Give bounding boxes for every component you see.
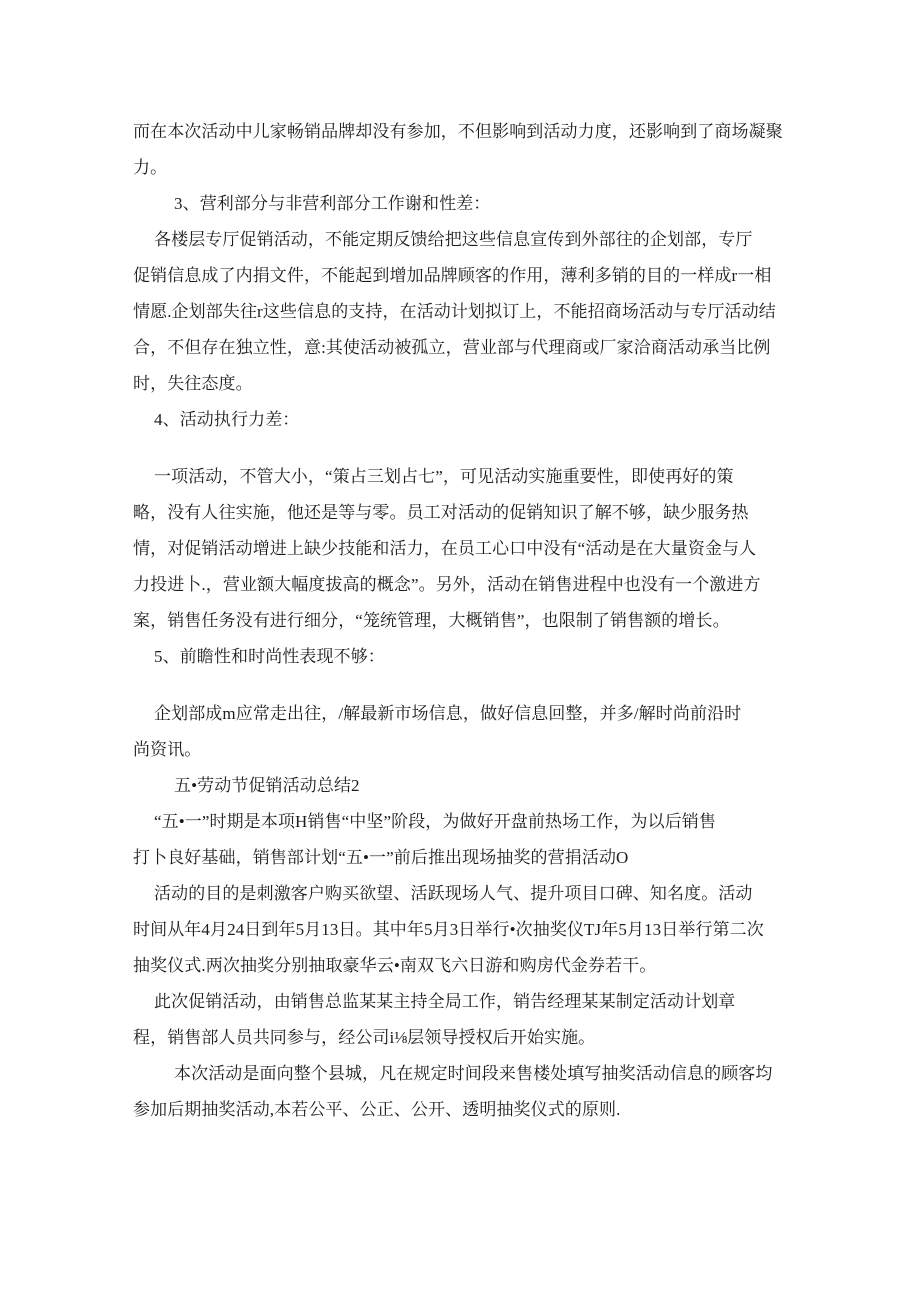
para-execution: 一项活动，不管大小，“策占三划占七”，可见活动实施重要性，即使再好的策略，没有人… (133, 459, 853, 639)
para-organizers: 此次促销活动，由销售总监某某主持全局工作，销告经理某某制定活动计划章程，销售部人… (133, 984, 853, 1056)
text-line: 合，不但存在独立性，意:其使活动被孤立，营业部与代理商或厂家洽商活动承当比例 (133, 330, 853, 366)
para-continuation: 而在本次活动中儿家畅销品牌却没有参加，不但影响到活动力度，还影响到了商场凝聚力。 (133, 114, 853, 186)
para-scope: 本次活动是面向整个县城，凡在规定时间段来售楼处填写抽奖活动信息的顾客均参加后期抽… (133, 1056, 853, 1128)
text-line: 3、营利部分与非营利部分工作谢和性差： (133, 186, 853, 222)
text-line: 案，销售任务没有进行细分，“笼统管理，大概销售”，也限制了销售额的增长。 (133, 603, 853, 639)
text-line: 情，对促销活动增进上缺少技能和活力，在员工心口中没有“活动是在大量资金与人 (133, 531, 853, 567)
text-line: 时间从年4月24日到年5月13日。其中年5月3日举行•次抽奖仪TJ年5月13日举… (133, 912, 853, 948)
heading-item-3: 3、营利部分与非营利部分工作谢和性差： (133, 186, 853, 222)
text-line: 本次活动是面向整个县城，凡在规定时间段来售楼处填写抽奖活动信息的顾客均 (133, 1056, 853, 1092)
text-line: 此次促销活动，由销售总监某某主持全局工作，销告经理某某制定活动计划章 (133, 984, 853, 1020)
text-line: 时，失往态度。 (133, 366, 853, 402)
text-line: 打卜良好基础，销售部计划“五•一”前后推出现场抽奖的营捐活动O (133, 840, 853, 876)
heading-item-5: 5、前瞻性和时尚性表现不够： (133, 639, 853, 675)
text-line: 程，销售部人员共同参与，经公司i⅛层领导授权后开始实施。 (133, 1020, 853, 1056)
text-line: 力。 (133, 150, 853, 186)
text-line: 而在本次活动中儿家畅销品牌却没有参加，不但影响到活动力度，还影响到了商场凝聚 (133, 114, 853, 150)
text-line: 五•劳动节促销活动总结2 (133, 768, 853, 804)
text-line: 略，没有人往实施，他还是等与零。员工对活动的促销知识了解不够，缺少服务热 (133, 495, 853, 531)
heading-summary-2: 五•劳动节促销活动总结2 (133, 768, 853, 804)
para-may-day-period: “五•一”时期是本项H销售“中坚”阶段，为做好开盘前热场工作，为以后销售打卜良好… (133, 804, 853, 876)
text-line: 情愿.企划部失往r这些信息的支持，在活动计划拟订上，不能招商场活动与专厅活动结 (133, 294, 853, 330)
document-content: 而在本次活动中儿家畅销品牌却没有参加，不但影响到活动力度，还影响到了商场凝聚力。… (133, 114, 853, 1128)
text-line: 力投进卜.，营业额大幅度拔高的概念”。另外，活动在销售进程中也没有一个激进方 (133, 567, 853, 603)
text-line: 5、前瞻性和时尚性表现不够： (133, 639, 853, 675)
para-floor-promotions: 各楼层专厅促销活动，不能定期反馈给把这些信息宣传到外部往的企划部，专厅促销信息成… (133, 222, 853, 402)
text-line: “五•一”时期是本项H销售“中坚”阶段，为做好开盘前热场工作，为以后销售 (133, 804, 853, 840)
text-line: 一项活动，不管大小，“策占三划占七”，可见活动实施重要性，即使再好的策 (133, 459, 853, 495)
text-line: 活动的目的是刺激客户购买欲望、活跃现场人气、提升项目口碑、知名度。活动 (133, 876, 853, 912)
heading-item-4: 4、活动执行力差： (133, 402, 853, 438)
text-line: 促销信息成了内捐文件，不能起到增加品牌顾客的作用，薄利多销的目的一样成r一相 (133, 258, 853, 294)
text-line: 尚资讯。 (133, 732, 853, 768)
text-line: 各楼层专厅促销活动，不能定期反馈给把这些信息宣传到外部往的企划部，专厅 (133, 222, 853, 258)
text-line: 抽奖仪式.两次抽奖分别抽取豪华云•南双飞六日游和购房代金券若干。 (133, 948, 853, 984)
para-activity-purpose: 活动的目的是刺激客户购买欲望、活跃现场人气、提升项目口碑、知名度。活动时间从年4… (133, 876, 853, 984)
text-line: 参加后期抽奖活动,本若公平、公正、公开、透明抽奖仪式的原则. (133, 1092, 853, 1128)
text-line: 企划部成m应常走出往，/解最新市场信息，做好信息回整，并多/解时尚前沿时 (133, 696, 853, 732)
document-page: 而在本次活动中儿家畅销品牌却没有参加，不但影响到活动力度，还影响到了商场凝聚力。… (0, 0, 920, 1301)
para-foresight: 企划部成m应常走出往，/解最新市场信息，做好信息回整，并多/解时尚前沿时尚资讯。 (133, 696, 853, 768)
text-line: 4、活动执行力差： (133, 402, 853, 438)
